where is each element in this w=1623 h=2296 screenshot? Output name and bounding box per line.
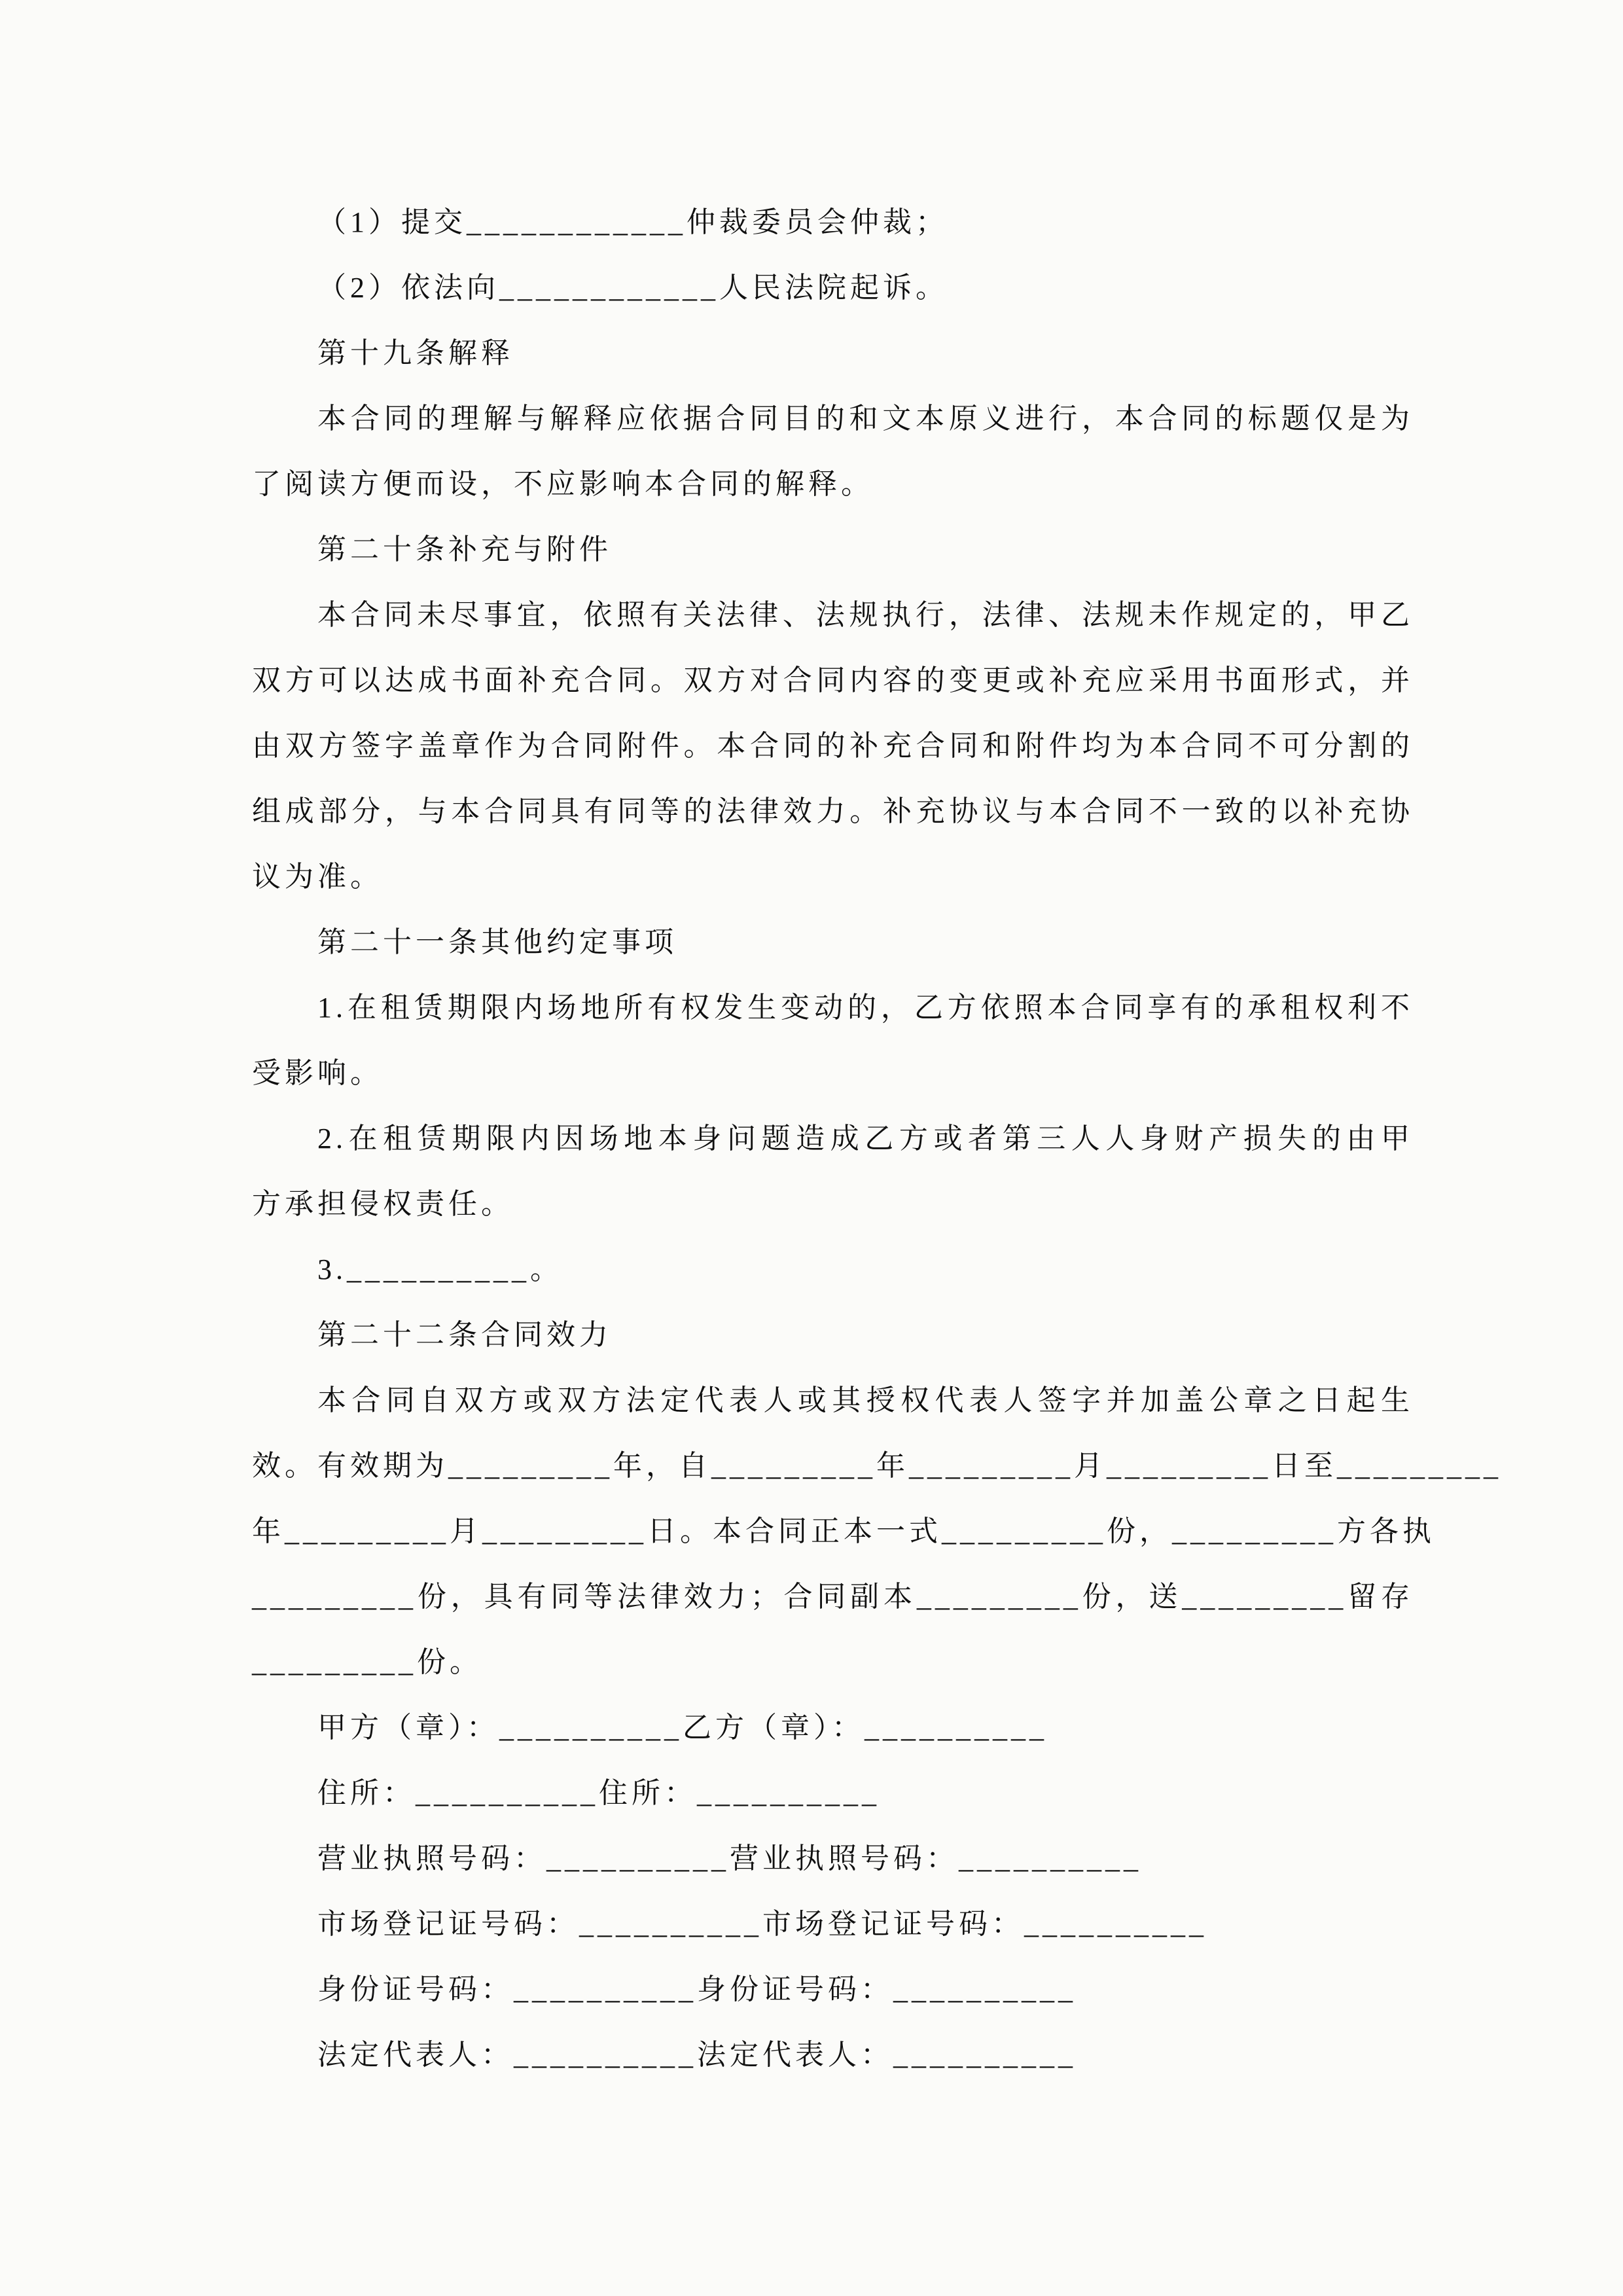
document-line: 本合同的理解与解释应依据合同目的和文本原义进行，本合同的标题仅是为 — [252, 386, 1414, 452]
document-line: 甲方（章）：__________乙方（章）：__________ — [252, 1695, 1414, 1761]
document-line: 第十九条解释 — [252, 321, 1414, 386]
document-line: 市场登记证号码：__________市场登记证号码：__________ — [252, 1892, 1414, 1957]
document-line: 第二十条补充与附件 — [252, 517, 1414, 583]
document-line: 第二十二条合同效力 — [252, 1302, 1414, 1368]
document-line: 本合同自双方或双方法定代表人或其授权代表人签字并加盖公章之日起生 — [252, 1368, 1414, 1433]
document-line: 法定代表人：__________法定代表人：__________ — [252, 2022, 1414, 2088]
document-line: 3.__________。 — [252, 1237, 1414, 1302]
document-line: _________份，具有同等法律效力；合同副本_________份，送____… — [252, 1564, 1414, 1630]
contract-text-block: （1）提交____________仲裁委员会仲裁；（2）依法向_________… — [252, 190, 1414, 2088]
document-line: 第二十一条其他约定事项 — [252, 910, 1414, 975]
document-line: 双方可以达成书面补充合同。双方对合同内容的变更或补充应采用书面形式，并 — [252, 648, 1414, 713]
document-line: 本合同未尽事宜，依照有关法律、法规执行，法律、法规未作规定的，甲乙 — [252, 583, 1414, 648]
document-line: 议为准。 — [252, 844, 1414, 910]
document-line: 2.在租赁期限内因场地本身问题造成乙方或者第三人人身财产损失的由甲 — [252, 1106, 1414, 1172]
document-line: （2）依法向____________人民法院起诉。 — [252, 255, 1414, 321]
document-line: 住所：__________住所：__________ — [252, 1761, 1414, 1826]
document-line: 受影响。 — [252, 1041, 1414, 1106]
document-line: 身份证号码：__________身份证号码：__________ — [252, 1957, 1414, 2022]
document-line: _________份。 — [252, 1630, 1414, 1695]
document-line: 方承担侵权责任。 — [252, 1172, 1414, 1237]
document-line: 由双方签字盖章作为合同附件。本合同的补充合同和附件均为本合同不可分割的 — [252, 713, 1414, 779]
document-line: 营业执照号码：__________营业执照号码：__________ — [252, 1826, 1414, 1892]
document-line: 组成部分，与本合同具有同等的法律效力。补充协议与本合同不一致的以补充协 — [252, 779, 1414, 844]
document-line: 效。有效期为_________年，自_________年_________月__… — [252, 1433, 1414, 1499]
contract-page: （1）提交____________仲裁委员会仲裁；（2）依法向_________… — [0, 0, 1623, 2296]
document-line: （1）提交____________仲裁委员会仲裁； — [252, 190, 1414, 255]
document-line: 年_________月_________日。本合同正本一式_________份，… — [252, 1499, 1414, 1564]
document-line: 1.在租赁期限内场地所有权发生变动的，乙方依照本合同享有的承租权利不 — [252, 975, 1414, 1041]
document-line: 了阅读方便而设，不应影响本合同的解释。 — [252, 452, 1414, 517]
